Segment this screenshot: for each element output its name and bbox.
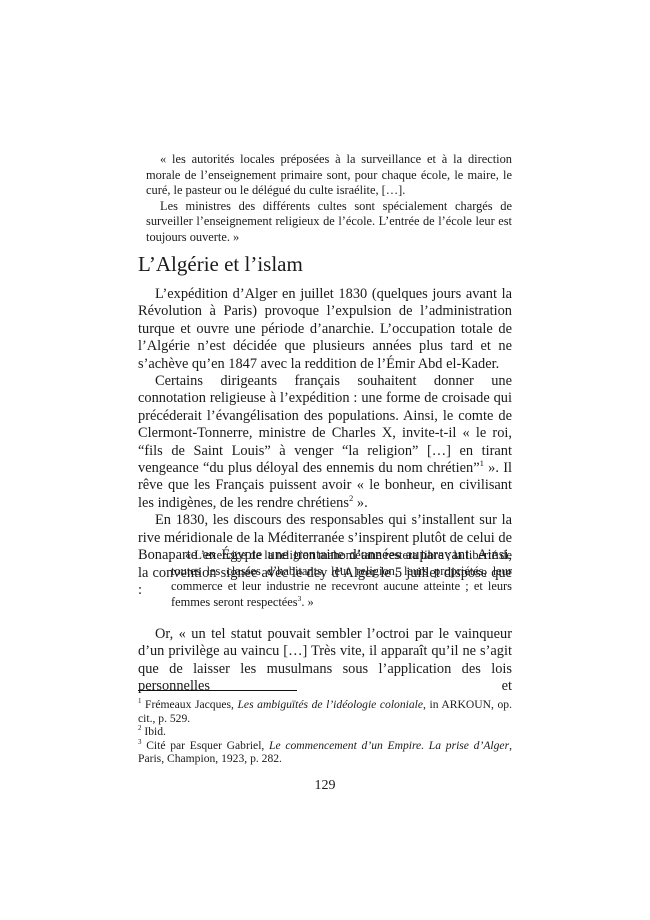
quote-paragraph: Les ministres des différents cultes sont… xyxy=(146,199,512,246)
section-heading: L’Algérie et l’islam xyxy=(138,252,303,277)
block-quote-convention: « L’exercice de la religion mahométane r… xyxy=(171,548,512,610)
footnotes: 1 Frémeaux Jacques, Les ambiguïtés de l’… xyxy=(138,698,512,766)
footnote-title: Les ambiguïtés de l’idéologie coloniale xyxy=(237,698,423,711)
body-text: Or, « un tel statut pouvait sembler l’oc… xyxy=(138,626,512,696)
footnote-text: Ibid. xyxy=(141,725,165,738)
quote-paragraph: « L’exercice de la religion mahométane r… xyxy=(171,548,512,610)
page-number: 129 xyxy=(0,778,650,794)
quote-paragraph: « les autorités locales préposées à la s… xyxy=(146,152,512,199)
footnote: 1 Frémeaux Jacques, Les ambiguïtés de l’… xyxy=(138,698,512,725)
paragraph: Or, « un tel statut pouvait sembler l’oc… xyxy=(138,626,512,696)
footnote-title: Le commencement d’un Empire. La prise d’… xyxy=(269,739,509,752)
paragraph-text: ». xyxy=(353,495,367,511)
footnote-separator xyxy=(138,690,297,691)
block-quote-school-authorities: « les autorités locales préposées à la s… xyxy=(146,152,512,245)
paragraph: Certains dirigeants français souhaitent … xyxy=(138,373,512,512)
document-page: « les autorités locales préposées à la s… xyxy=(0,0,650,920)
footnote: 2 Ibid. xyxy=(138,725,512,739)
paragraph: L’expédition d’Alger en juillet 1830 (qu… xyxy=(138,286,512,373)
footnote-text: Cité par Esquer Gabriel, xyxy=(141,739,269,752)
quote-text: « L’exercice de la religion mahométane r… xyxy=(171,548,512,609)
paragraph-text: Certains dirigeants français souhaitent … xyxy=(138,373,512,476)
footnote-text: Frémeaux Jacques, xyxy=(141,698,237,711)
footnote: 3 Cité par Esquer Gabriel, Le commenceme… xyxy=(138,739,512,766)
quote-text: . » xyxy=(301,595,313,609)
